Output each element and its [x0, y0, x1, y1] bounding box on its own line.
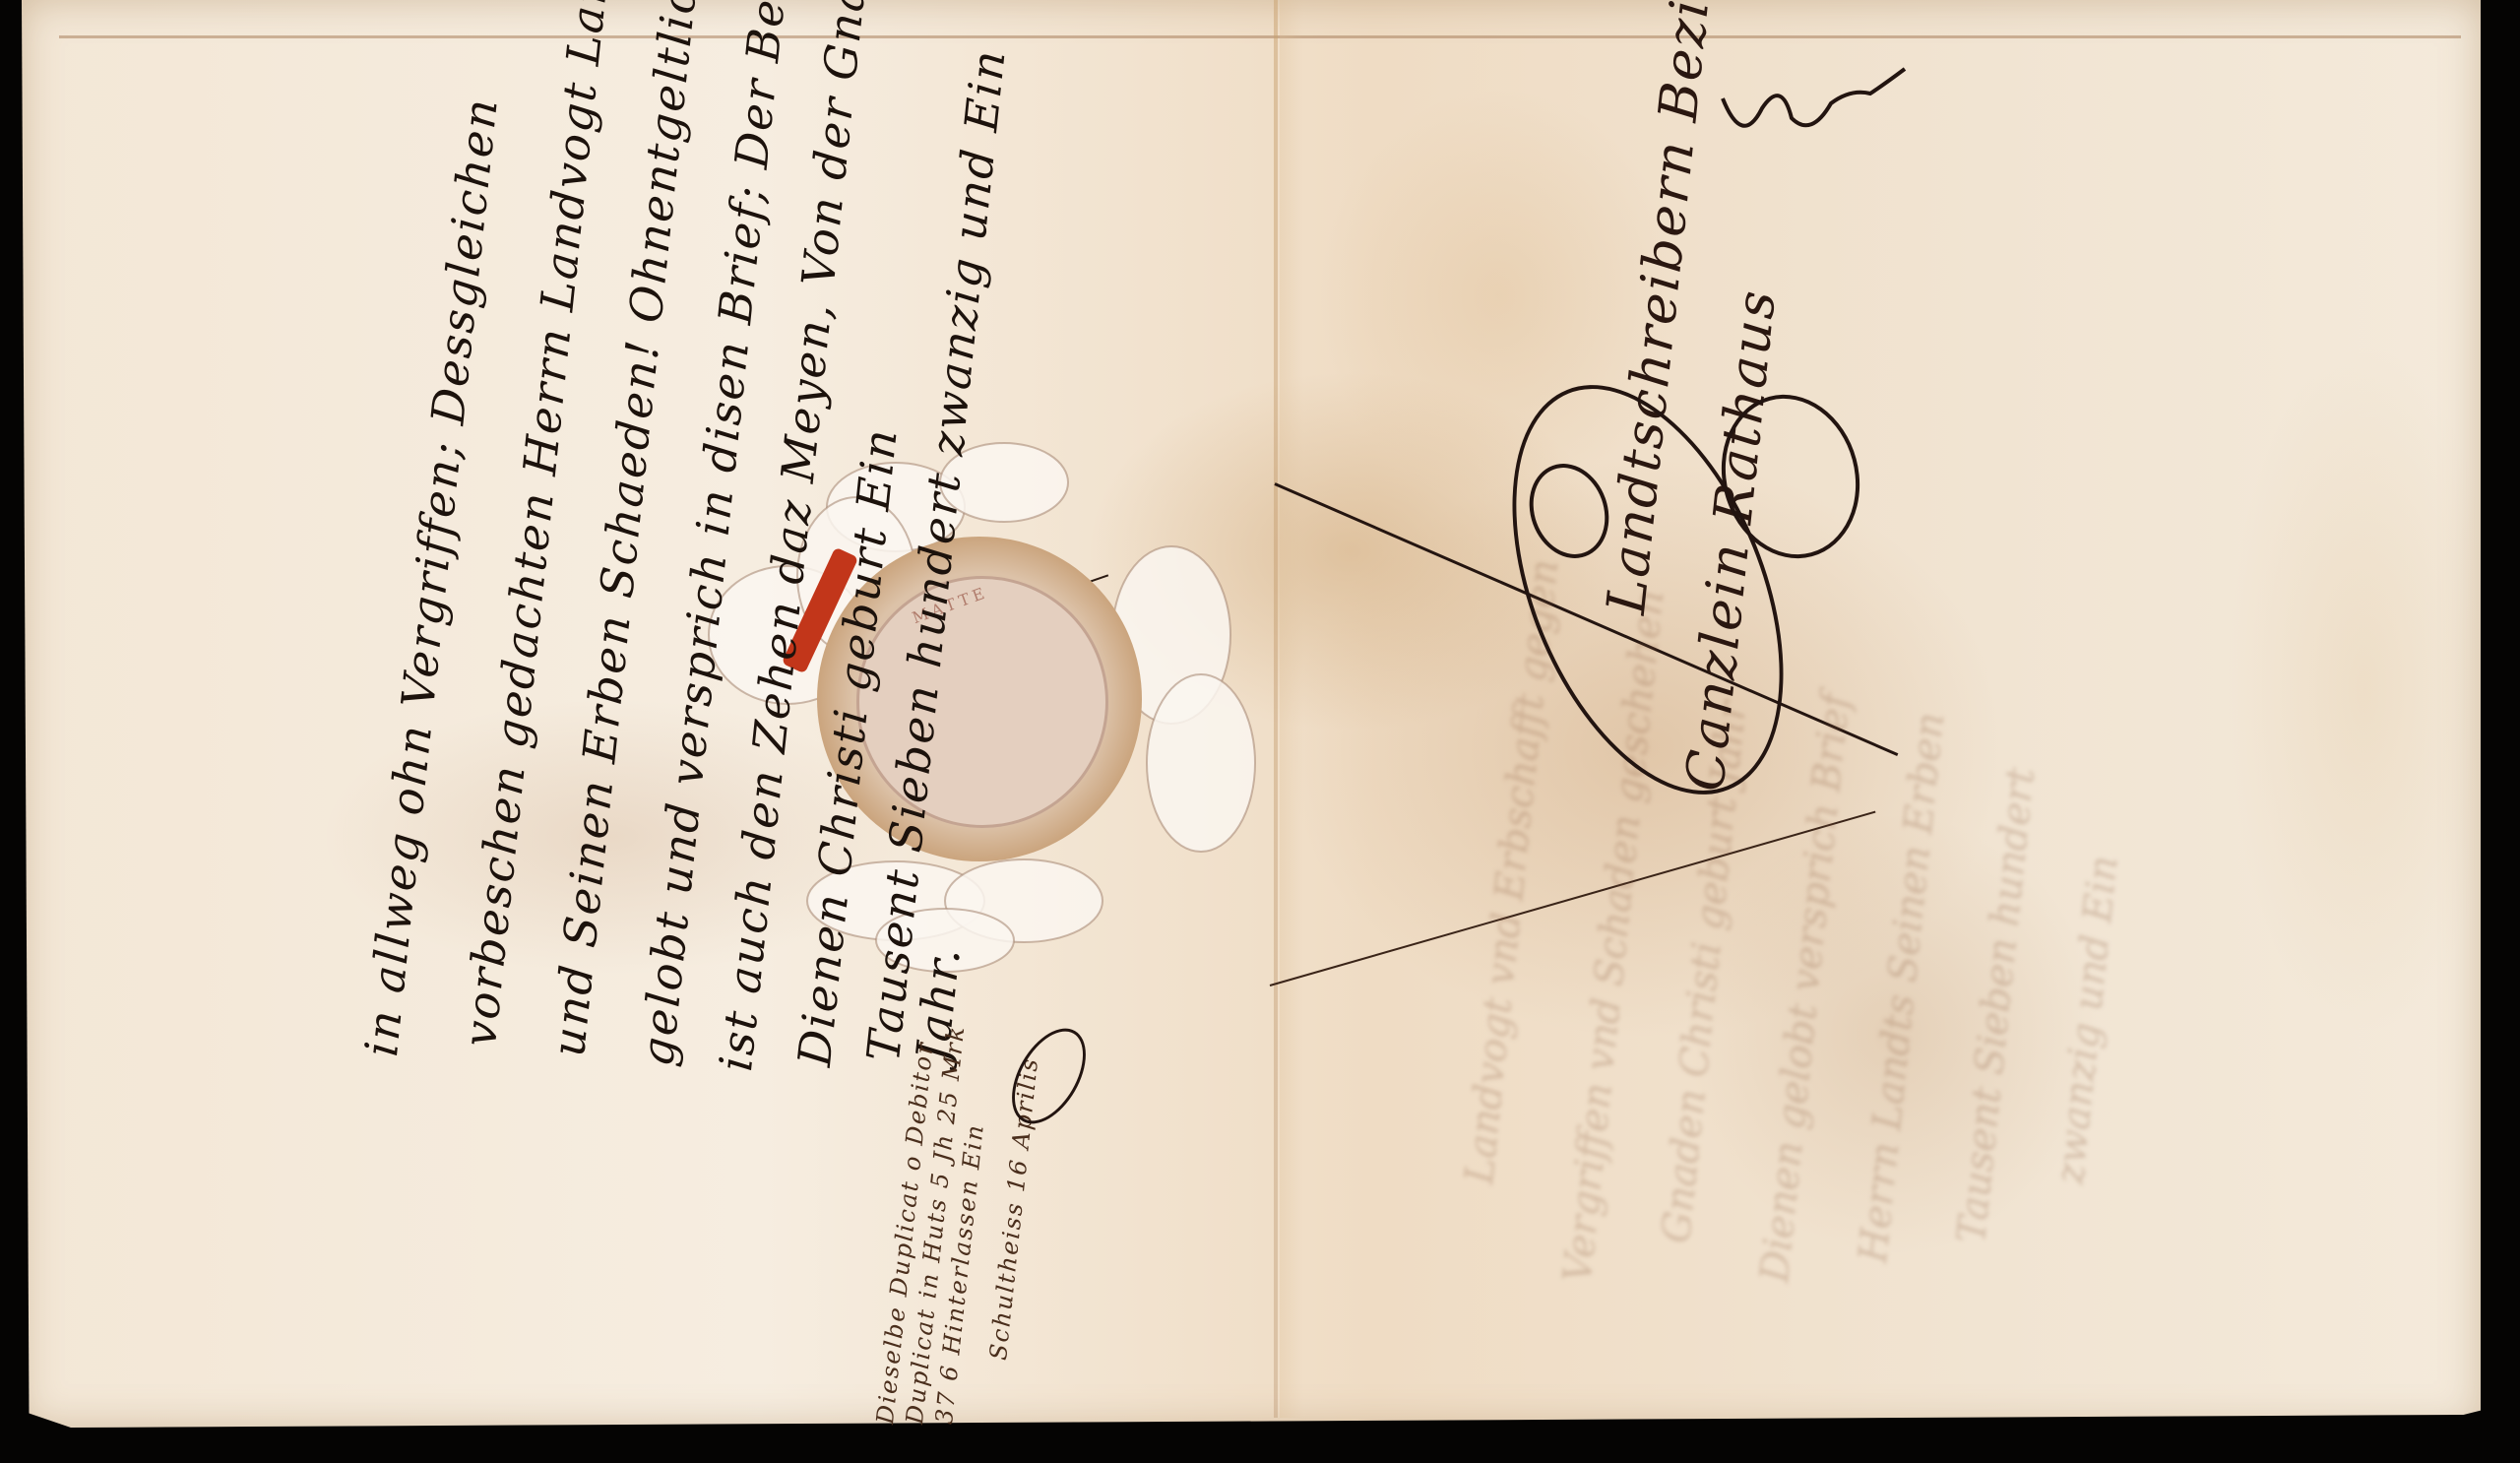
signature-tail-squiggle [1713, 59, 1910, 167]
top-fold-line [59, 35, 2461, 38]
